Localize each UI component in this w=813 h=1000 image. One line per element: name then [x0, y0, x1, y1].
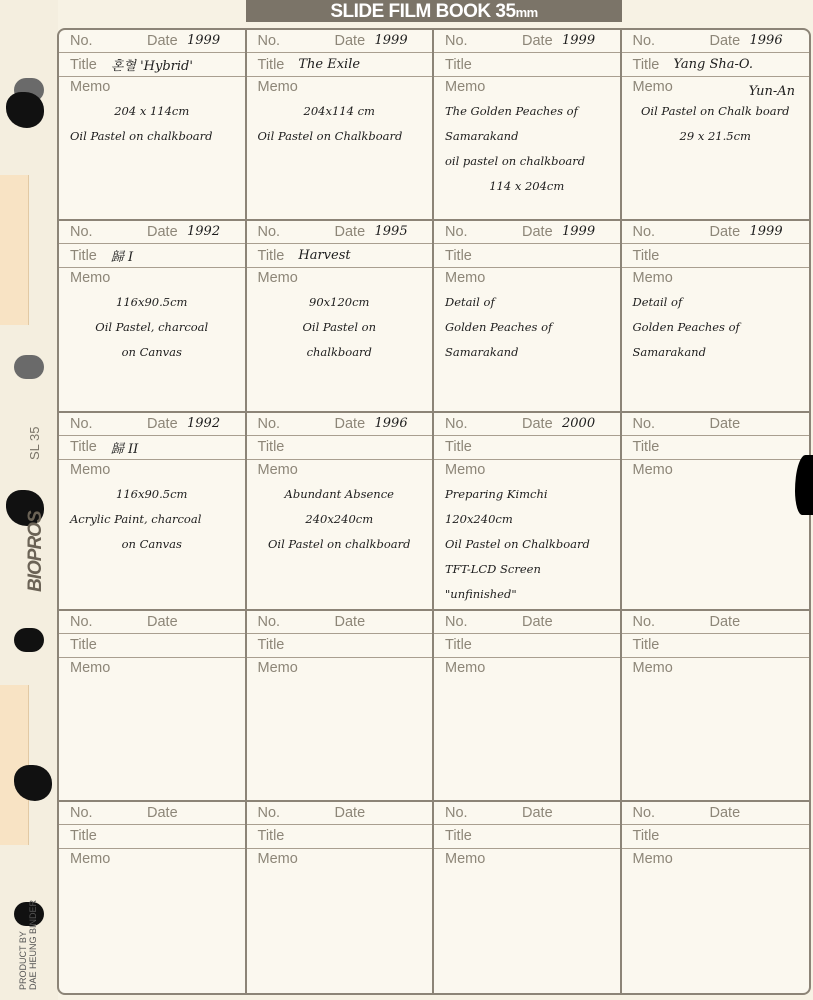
no-label: No.	[445, 224, 468, 240]
date-label: Date	[522, 224, 553, 240]
date-label: Date	[710, 33, 741, 49]
memo-line: on Canvas	[70, 340, 234, 365]
memo-area[interactable]: Memo	[59, 849, 245, 873]
title-value[interactable]: 歸 I	[111, 246, 133, 265]
slide-slot[interactable]: No. Date Title Memo	[622, 611, 810, 802]
no-date-row: No. Date 1996	[622, 30, 810, 53]
title-label: Title	[445, 248, 472, 264]
no-date-row: No. Date 1996	[247, 413, 433, 436]
title-row: Title	[247, 436, 433, 460]
slide-grid: No. Date 1999 Title 혼혈 'Hybrid' Memo 204…	[57, 28, 811, 995]
title-label: Title	[258, 828, 285, 844]
memo-line: Oil Pastel on chalkboard	[258, 532, 422, 557]
memo-line: Oil Pastel on Chalk board	[633, 99, 799, 124]
no-label: No.	[70, 416, 93, 432]
memo-label: Memo	[258, 270, 298, 286]
memo-label: Memo	[445, 851, 485, 867]
title-row: Title	[622, 825, 810, 849]
memo-line: TFT-LCD Screen	[445, 557, 609, 582]
no-date-row: No. Date 1999	[247, 30, 433, 53]
date-label: Date	[147, 416, 178, 432]
date-value[interactable]: 1999	[187, 33, 220, 48]
series-label: SL 35	[27, 427, 42, 461]
title-label: Title	[445, 57, 472, 73]
date-value[interactable]: 2000	[562, 416, 595, 431]
memo-label: Memo	[70, 851, 110, 867]
title-label: Title	[633, 57, 660, 73]
book-title-banner: SLIDE FILM BOOK 35mm	[246, 0, 622, 22]
no-label: No.	[633, 224, 656, 240]
no-label: No.	[633, 33, 656, 49]
title-row: Title	[622, 244, 810, 268]
slide-slot[interactable]: No. Date Title Memo	[59, 802, 247, 993]
memo-label: Memo	[445, 79, 485, 95]
date-label: Date	[147, 805, 178, 821]
title-label: Title	[70, 248, 97, 264]
no-label: No.	[445, 416, 468, 432]
memo-line: 204x114 cm	[258, 99, 422, 124]
memo-area[interactable]: Memo Detail ofGolden Peaches ofSamarakan…	[622, 268, 810, 367]
memo-label: Memo	[445, 270, 485, 286]
memo-lines: Detail ofGolden Peaches ofSamarakand	[445, 290, 609, 365]
date-label: Date	[522, 805, 553, 821]
memo-line: Detail of	[633, 290, 799, 315]
title-label: Title	[70, 637, 97, 653]
torn-punch-hole	[6, 92, 44, 128]
memo-lines: Preparing Kimchi120x240cmOil Pastel on C…	[445, 482, 609, 607]
title-row: Title Yang Sha-O.	[622, 53, 810, 77]
memo-line: 29 x 21.5cm	[633, 124, 799, 149]
no-label: No.	[633, 614, 656, 630]
title-row: Title	[622, 634, 810, 658]
film-size-unit: mm	[516, 5, 538, 20]
memo-line: Detail of	[445, 290, 609, 315]
title-row: Title	[59, 825, 245, 849]
memo-line: oil pastel on chalkboard	[445, 149, 609, 174]
slide-slot[interactable]: No. Date 2000 Title Memo Preparing Kimch…	[434, 413, 622, 611]
memo-label: Memo	[70, 270, 110, 286]
memo-line: Oil Pastel, charcoal	[70, 315, 234, 340]
memo-label: Memo	[633, 270, 673, 286]
binder-margin: SL 35 BIOPROS PRODUCT BY DAE HEUNG BINDE…	[0, 0, 58, 1000]
memo-line: Samarakand	[633, 340, 799, 365]
no-label: No.	[258, 224, 281, 240]
memo-lines: Abundant Absence240x240cmOil Pastel on c…	[258, 482, 422, 557]
date-label: Date	[522, 33, 553, 49]
memo-label: Memo	[258, 79, 298, 95]
memo-area[interactable]: Memo 90x120cmOil Pastel onchalkboard	[247, 268, 433, 367]
memo-line: Oil Pastel on Chalkboard	[445, 532, 609, 557]
memo-label: Memo	[633, 851, 673, 867]
no-label: No.	[70, 224, 93, 240]
memo-note: Yun-An	[749, 84, 795, 99]
title-row: Title	[434, 244, 620, 268]
memo-line: Golden Peaches of	[633, 315, 799, 340]
no-date-row: No. Date 1999	[434, 30, 620, 53]
memo-line: 204 x 114cm	[70, 99, 234, 124]
no-date-row: No. Date	[434, 802, 620, 825]
book-title: SLIDE FILM BOOK	[330, 1, 490, 22]
punch-hole	[14, 628, 44, 652]
date-value[interactable]: 1996	[375, 416, 408, 431]
memo-lines: 204x114 cmOil Pastel on Chalkboard	[258, 99, 422, 149]
title-label: Title	[258, 57, 285, 73]
slide-slot[interactable]: No. Date 1996 Title Memo Abundant Absenc…	[247, 413, 435, 611]
title-row: Title	[434, 53, 620, 77]
slide-slot[interactable]: No. Date 1995 Title Harvest Memo 90x120c…	[247, 221, 435, 412]
no-label: No.	[258, 614, 281, 630]
memo-label: Memo	[633, 79, 673, 95]
title-row: Title	[434, 436, 620, 460]
slide-slot[interactable]: No. Date Title Memo	[247, 611, 435, 802]
slide-slot[interactable]: No. Date 1992 Title 歸 I Memo 116x90.5cmO…	[59, 221, 247, 412]
no-label: No.	[258, 33, 281, 49]
no-date-row: No. Date 2000	[434, 413, 620, 436]
slide-slot[interactable]: No. Date Title Memo	[622, 802, 810, 993]
brand-logo: BIOPROS	[25, 511, 47, 592]
memo-lines: 116x90.5cmOil Pastel, charcoalon Canvas	[70, 290, 234, 365]
no-date-row: No. Date 1992	[59, 413, 245, 436]
no-date-row: No. Date	[434, 611, 620, 634]
memo-area[interactable]: Memo The Golden Peaches ofSamarakandoil …	[434, 77, 620, 201]
memo-area[interactable]: Memo	[247, 849, 433, 873]
no-label: No.	[633, 416, 656, 432]
memo-line: Oil Pastel on chalkboard	[70, 124, 234, 149]
memo-area[interactable]: Memo	[622, 849, 810, 873]
no-date-row: No. Date	[622, 611, 810, 634]
memo-area[interactable]: Memo Preparing Kimchi120x240cmOil Pastel…	[434, 460, 620, 609]
title-label: Title	[633, 248, 660, 264]
no-label: No.	[70, 33, 93, 49]
punch-hole	[14, 355, 44, 379]
title-row: Title 歸 II	[59, 436, 245, 460]
slide-slot[interactable]: No. Date Title Memo	[247, 802, 435, 993]
memo-line: 240x240cm	[258, 507, 422, 532]
title-row: Title	[434, 634, 620, 658]
memo-label: Memo	[70, 660, 110, 676]
no-date-row: No. Date 1999	[434, 221, 620, 244]
date-value[interactable]: 1992	[187, 224, 220, 239]
no-label: No.	[633, 805, 656, 821]
date-label: Date	[522, 614, 553, 630]
date-value[interactable]: 1992	[187, 416, 220, 431]
no-date-row: No. Date	[622, 413, 810, 436]
memo-label: Memo	[70, 462, 110, 478]
memo-area[interactable]: Memo Yun-An Oil Pastel on Chalk board29 …	[622, 77, 810, 151]
date-label: Date	[335, 614, 366, 630]
title-row: Title	[434, 825, 620, 849]
no-date-row: No. Date 1999	[622, 221, 810, 244]
no-date-row: No. Date	[59, 611, 245, 634]
slide-slot[interactable]: No. Date 1999 Title The Exile Memo 204x1…	[247, 30, 435, 221]
film-size: 35	[495, 1, 515, 22]
title-value[interactable]: The Exile	[298, 57, 360, 72]
date-value[interactable]: 1999	[562, 33, 595, 48]
no-date-row: No. Date	[247, 611, 433, 634]
maker-label: PRODUCT BY DAE HEUNG BINDER	[18, 900, 38, 990]
title-label: Title	[445, 439, 472, 455]
title-label: Title	[258, 637, 285, 653]
slide-slot[interactable]: No. Date Title Memo	[434, 802, 622, 993]
title-row: Title	[622, 436, 810, 460]
title-value[interactable]: Yang Sha-O.	[673, 57, 753, 72]
memo-label: Memo	[445, 462, 485, 478]
date-label: Date	[147, 614, 178, 630]
no-label: No.	[258, 416, 281, 432]
title-value[interactable]: 혼혈 'Hybrid'	[111, 55, 193, 74]
memo-line: "unfinished"	[445, 582, 609, 607]
memo-line: 116x90.5cm	[70, 290, 234, 315]
no-date-row: No. Date 1992	[59, 221, 245, 244]
memo-area[interactable]: Memo 116x90.5cmOil Pastel, charcoalon Ca…	[59, 268, 245, 367]
date-label: Date	[335, 224, 366, 240]
title-row: Title	[59, 634, 245, 658]
no-label: No.	[70, 614, 93, 630]
slide-slot[interactable]: No. Date 1999 Title 혼혈 'Hybrid' Memo 204…	[59, 30, 247, 221]
no-label: No.	[70, 805, 93, 821]
title-label: Title	[633, 439, 660, 455]
memo-lines: Oil Pastel on Chalk board29 x 21.5cm	[633, 99, 799, 149]
no-date-row: No. Date	[247, 802, 433, 825]
no-label: No.	[258, 805, 281, 821]
title-label: Title	[70, 828, 97, 844]
memo-area[interactable]: Memo	[247, 658, 433, 682]
memo-area[interactable]: Memo	[434, 658, 620, 682]
memo-area[interactable]: Memo 116x90.5cmAcrylic Paint, charcoalon…	[59, 460, 245, 559]
title-label: Title	[258, 248, 285, 264]
title-row: Title The Exile	[247, 53, 433, 77]
date-value[interactable]: 1999	[562, 224, 595, 239]
memo-line: Samarakand	[445, 340, 609, 365]
memo-line: Oil Pastel on	[258, 315, 422, 340]
slide-slot[interactable]: No. Date Title Memo	[622, 413, 810, 611]
slide-slot[interactable]: No. Date Title Memo	[59, 611, 247, 802]
title-row: Title	[247, 634, 433, 658]
title-value[interactable]: Harvest	[298, 248, 350, 263]
memo-area[interactable]: Memo	[59, 658, 245, 682]
memo-lines: 90x120cmOil Pastel onchalkboard	[258, 290, 422, 365]
date-label: Date	[710, 805, 741, 821]
date-label: Date	[710, 614, 741, 630]
memo-line: 116x90.5cm	[70, 482, 234, 507]
slide-slot[interactable]: No. Date 1999 Title Memo Detail ofGolden…	[434, 221, 622, 412]
memo-lines: Detail ofGolden Peaches ofSamarakand	[633, 290, 799, 365]
torn-edge	[795, 455, 813, 515]
date-label: Date	[335, 805, 366, 821]
no-date-row: No. Date	[622, 802, 810, 825]
memo-lines: 116x90.5cmAcrylic Paint, charcoalon Canv…	[70, 482, 234, 557]
no-date-row: No. Date 1995	[247, 221, 433, 244]
memo-line: chalkboard	[258, 340, 422, 365]
memo-line: The Golden Peaches of	[445, 99, 609, 124]
memo-line: 120x240cm	[445, 507, 609, 532]
slide-slot[interactable]: No. Date 1999 Title Memo The Golden Peac…	[434, 30, 622, 221]
slide-slot[interactable]: No. Date 1992 Title 歸 II Memo 116x90.5cm…	[59, 413, 247, 611]
no-date-row: No. Date	[59, 802, 245, 825]
date-label: Date	[710, 416, 741, 432]
memo-line: Preparing Kimchi	[445, 482, 609, 507]
memo-area[interactable]: Memo	[622, 658, 810, 682]
title-label: Title	[445, 637, 472, 653]
no-label: No.	[445, 805, 468, 821]
memo-label: Memo	[258, 851, 298, 867]
slide-slot[interactable]: No. Date 1996 Title Yang Sha-O. Memo Yun…	[622, 30, 810, 221]
memo-area[interactable]: Memo 204x114 cmOil Pastel on Chalkboard	[247, 77, 433, 151]
date-label: Date	[335, 416, 366, 432]
slide-slot[interactable]: No. Date Title Memo	[434, 611, 622, 802]
memo-area[interactable]: Memo	[622, 460, 810, 484]
memo-line: 114 x 204cm	[445, 174, 609, 199]
memo-lines: The Golden Peaches ofSamarakandoil paste…	[445, 99, 609, 199]
memo-area[interactable]: Memo Detail ofGolden Peaches ofSamarakan…	[434, 268, 620, 367]
title-row: Title 歸 I	[59, 244, 245, 268]
memo-label: Memo	[258, 660, 298, 676]
memo-area[interactable]: Memo	[434, 849, 620, 873]
memo-line: Oil Pastel on Chalkboard	[258, 124, 422, 149]
memo-line: Abundant Absence	[258, 482, 422, 507]
no-date-row: No. Date 1999	[59, 30, 245, 53]
paper-tab	[0, 175, 29, 325]
memo-label: Memo	[633, 462, 673, 478]
date-label: Date	[335, 33, 366, 49]
memo-label: Memo	[445, 660, 485, 676]
no-label: No.	[445, 614, 468, 630]
memo-label: Memo	[258, 462, 298, 478]
memo-line: on Canvas	[70, 532, 234, 557]
no-label: No.	[445, 33, 468, 49]
date-value[interactable]: 1999	[375, 33, 408, 48]
date-label: Date	[522, 416, 553, 432]
date-label: Date	[147, 224, 178, 240]
memo-line: 90x120cm	[258, 290, 422, 315]
memo-line: Acrylic Paint, charcoal	[70, 507, 234, 532]
title-value[interactable]: 歸 II	[111, 438, 138, 457]
title-label: Title	[70, 439, 97, 455]
torn-punch-hole	[14, 765, 52, 801]
title-label: Title	[70, 57, 97, 73]
date-label: Date	[147, 33, 178, 49]
memo-label: Memo	[70, 79, 110, 95]
memo-line: Samarakand	[445, 124, 609, 149]
title-row: Title	[247, 825, 433, 849]
title-row: Title 혼혈 'Hybrid'	[59, 53, 245, 77]
title-label: Title	[633, 637, 660, 653]
memo-line: Golden Peaches of	[445, 315, 609, 340]
title-label: Title	[445, 828, 472, 844]
slide-slot[interactable]: No. Date 1999 Title Memo Detail ofGolden…	[622, 221, 810, 412]
title-label: Title	[633, 828, 660, 844]
date-value[interactable]: 1995	[375, 224, 408, 239]
memo-area[interactable]: Memo Abundant Absence240x240cmOil Pastel…	[247, 460, 433, 559]
memo-label: Memo	[633, 660, 673, 676]
maker-line: DAE HEUNG BINDER	[28, 900, 38, 990]
date-label: Date	[710, 224, 741, 240]
memo-area[interactable]: Memo 204 x 114cmOil Pastel on chalkboard	[59, 77, 245, 151]
date-value[interactable]: 1999	[750, 224, 783, 239]
title-label: Title	[258, 439, 285, 455]
memo-lines: 204 x 114cmOil Pastel on chalkboard	[70, 99, 234, 149]
date-value[interactable]: 1996	[750, 33, 783, 48]
maker-line: PRODUCT BY	[18, 900, 28, 990]
title-row: Title Harvest	[247, 244, 433, 268]
